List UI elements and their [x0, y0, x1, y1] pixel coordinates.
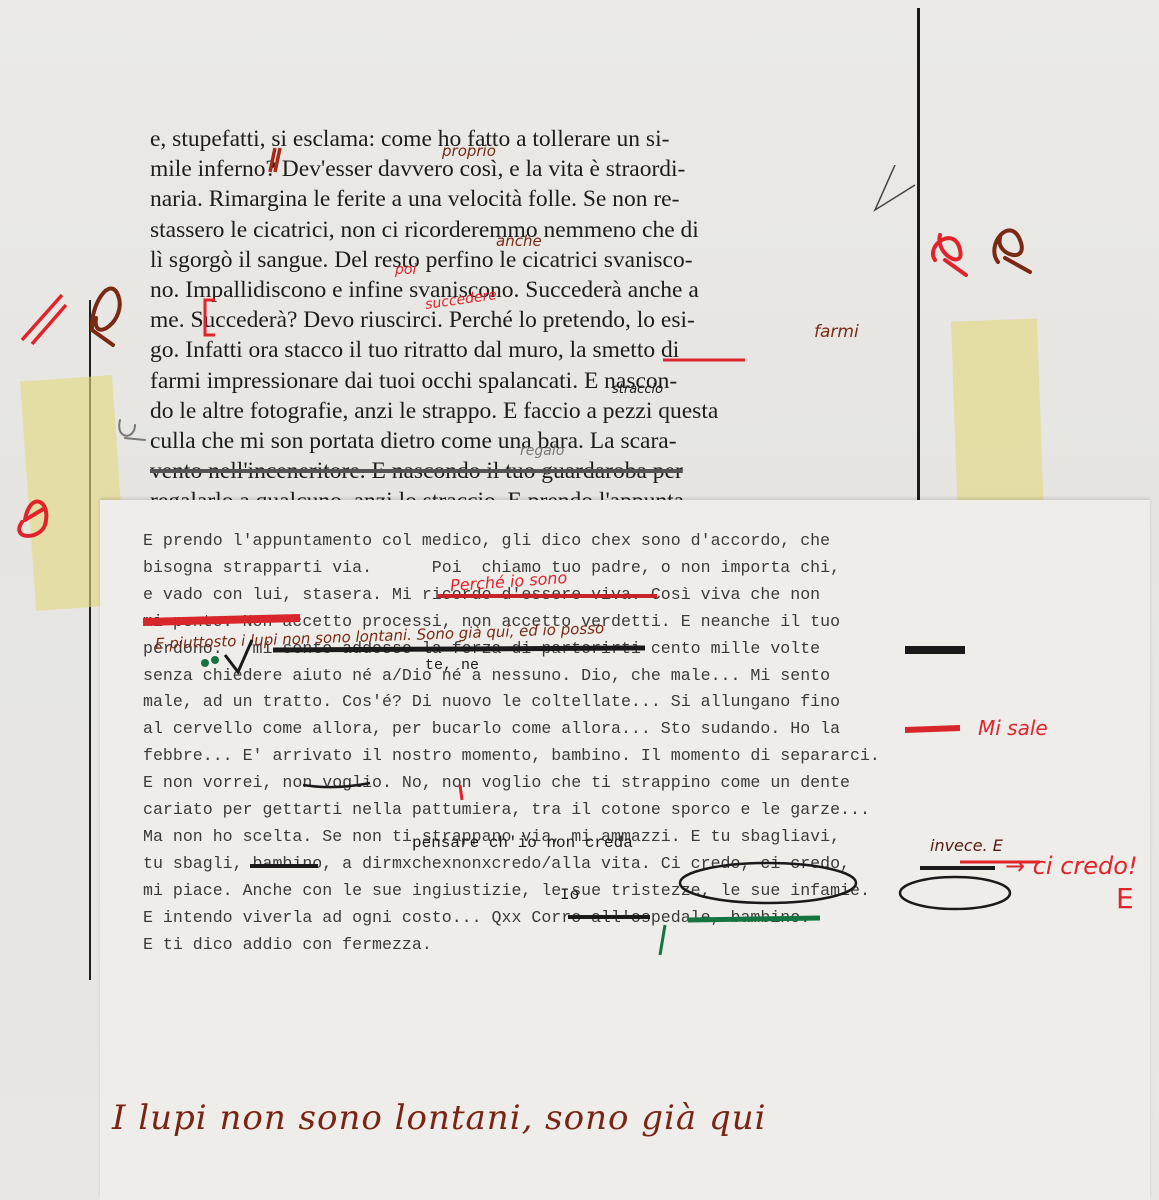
- green-dot: [201, 659, 209, 667]
- circle-mark-infamie: [900, 877, 1010, 909]
- red-tick-mark: [460, 785, 462, 800]
- circle-mark-tristezze: [680, 863, 856, 903]
- paragraph-break-icon: [22, 148, 280, 344]
- handwritten-closing-note: I lupi non sono lontani, sono già qui: [112, 1098, 767, 1138]
- caret-insert-icon: [225, 640, 252, 672]
- proof-marks-layer: [0, 0, 1159, 1200]
- green-margin-mark: [660, 925, 665, 955]
- strike-marks: [143, 596, 995, 920]
- green-dot: [211, 656, 219, 664]
- pencil-check-icon: [875, 165, 915, 210]
- delete-mark-icon: [19, 230, 1030, 535]
- underline-arrivato: [303, 783, 370, 787]
- bracket-mark-icon: [205, 300, 215, 335]
